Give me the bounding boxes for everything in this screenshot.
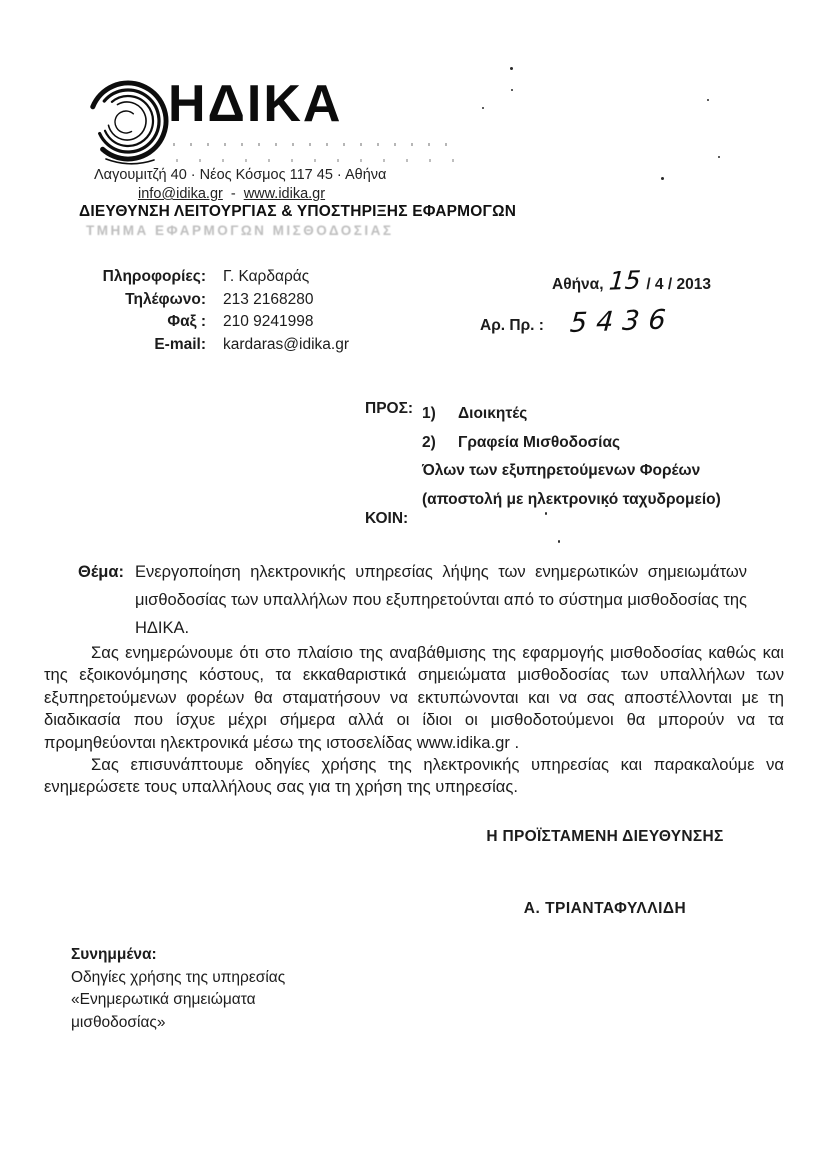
scan-noise-speck (661, 177, 664, 180)
body-paragraph-2: Σας επισυνάπτουμε οδηγίες χρήσης της ηλε… (44, 754, 784, 799)
scan-noise-speck (510, 67, 513, 70)
handwritten-protocol-number: 5436 (569, 304, 676, 339)
contact-row: E-mail: kardaras@idika.gr (76, 334, 349, 357)
date-rest: / 4 / 2013 (646, 276, 711, 294)
recipient-number: 1) (422, 400, 458, 429)
logo-subtitle-faded-row1 (173, 143, 458, 146)
scanned-letter-page: ΗΔΙΚΑ Λαγουμιτζή 40 · Νέος Κόσμος 117 45… (0, 0, 824, 1160)
company-website-link: www.idika.gr (244, 186, 325, 202)
attachment-line: Οδηγίες χρήσης της υπηρεσίας (71, 967, 285, 990)
recipient-item: 2) Γραφεία Μισθοδοσίας (422, 429, 721, 458)
contact-row: Τηλέφωνο: 213 2168280 (76, 289, 349, 312)
attachment-line: «Ενημερωτικά σημειώματα (71, 989, 285, 1012)
handwritten-day: 15 (607, 265, 641, 295)
recipient-text: Γραφεία Μισθοδοσίας (458, 429, 620, 458)
recipient-number: 2) (422, 429, 458, 458)
logo-subtitle-faded-row2 (176, 159, 458, 162)
subject-block: Θέμα: Ενεργοποίηση ηλεκτρονικής υπηρεσία… (78, 558, 747, 642)
letter-body: Σας ενημερώνουμε ότι στο πλαίσιο της ανα… (44, 642, 784, 799)
subject-label: Θέμα: (78, 558, 135, 642)
idika-logo-spiral-icon (84, 76, 174, 166)
attachments-block: Συνημμένα: Οδηγίες χρήσης της υπηρεσίας … (71, 944, 285, 1034)
scan-noise-speck (718, 156, 720, 158)
department-title-faded: ΤΜΗΜΑ ΕΦΑΡΜΟΓΩΝ ΜΙΣΘΟΔΟΣΙΑΣ (86, 223, 393, 238)
contact-value: 210 9241998 (223, 311, 314, 334)
subject-text: Ενεργοποίηση ηλεκτρονικής υπηρεσίας λήψη… (135, 558, 747, 642)
attachment-line: μισθοδοσίας» (71, 1012, 285, 1035)
city-label: Αθήνα, (552, 276, 604, 294)
contact-label: E-mail: (76, 334, 206, 357)
contact-value: Γ. Καρδαράς (223, 266, 309, 289)
logo-wordmark: ΗΔΙΚΑ (168, 74, 342, 134)
scan-noise-speck (605, 505, 608, 507)
contact-value: kardaras@idika.gr (223, 334, 349, 357)
contact-row: Πληροφορίες: Γ. Καρδαράς (76, 266, 349, 289)
date-line: Αθήνα, 15 / 4 / 2013 (552, 266, 711, 295)
company-address: Λαγουμιτζή 40 · Νέος Κόσμος 117 45 · Αθή… (94, 167, 386, 183)
recipient-text: Διοικητές (458, 400, 527, 429)
link-separator: - (223, 186, 244, 202)
scan-noise-speck (545, 512, 547, 515)
company-links: info@idika.gr-www.idika.gr (138, 186, 325, 202)
cc-label: ΚΟΙΝ: (365, 510, 408, 528)
recipient-item: 1) Διοικητές (422, 400, 721, 429)
division-title: ΔΙΕΥΘΥΝΣΗ ΛΕΙΤΟΥΡΓΙΑΣ & ΥΠΟΣΤΗΡΙΞΗΣ ΕΦΑΡ… (79, 203, 516, 221)
company-email-link: info@idika.gr (138, 186, 223, 202)
signatory-title: Η ΠΡΟΪΣΤΑΜΕΝΗ ΔΙΕΥΘΥΝΣΗΣ (430, 828, 780, 846)
scan-noise-speck (482, 107, 484, 109)
attachments-label: Συνημμένα: (71, 944, 285, 967)
contact-row: Φαξ : 210 9241998 (76, 311, 349, 334)
protocol-line: Αρ. Πρ. : 5436 (480, 306, 675, 337)
signatory-name: Α. ΤΡΙΑΝΤΑΦΥΛΛΙΔΗ (430, 900, 780, 918)
contact-value: 213 2168280 (223, 289, 314, 312)
scan-noise-speck (558, 540, 560, 543)
scan-noise-speck (707, 99, 709, 101)
contact-info-block: Πληροφορίες: Γ. Καρδαράς Τηλέφωνο: 213 2… (76, 266, 349, 356)
scan-noise-speck (511, 89, 513, 91)
contact-label: Τηλέφωνο: (76, 289, 206, 312)
recipient-extra-line: Όλων των εξυπηρετούμενων Φορέων (422, 457, 721, 486)
contact-label: Πληροφορίες: (76, 266, 206, 289)
contact-label: Φαξ : (76, 311, 206, 334)
recipients-block: ΠΡΟΣ: 1) Διοικητές 2) Γραφεία Μισθοδοσία… (365, 400, 721, 514)
recipient-extra-line: (αποστολή με ηλεκτρονικό ταχυδρομείο) (422, 486, 721, 515)
body-paragraph-1: Σας ενημερώνουμε ότι στο πλαίσιο της ανα… (44, 642, 784, 754)
to-label: ΠΡΟΣ: (365, 400, 422, 514)
protocol-label: Αρ. Πρ. : (480, 317, 544, 335)
